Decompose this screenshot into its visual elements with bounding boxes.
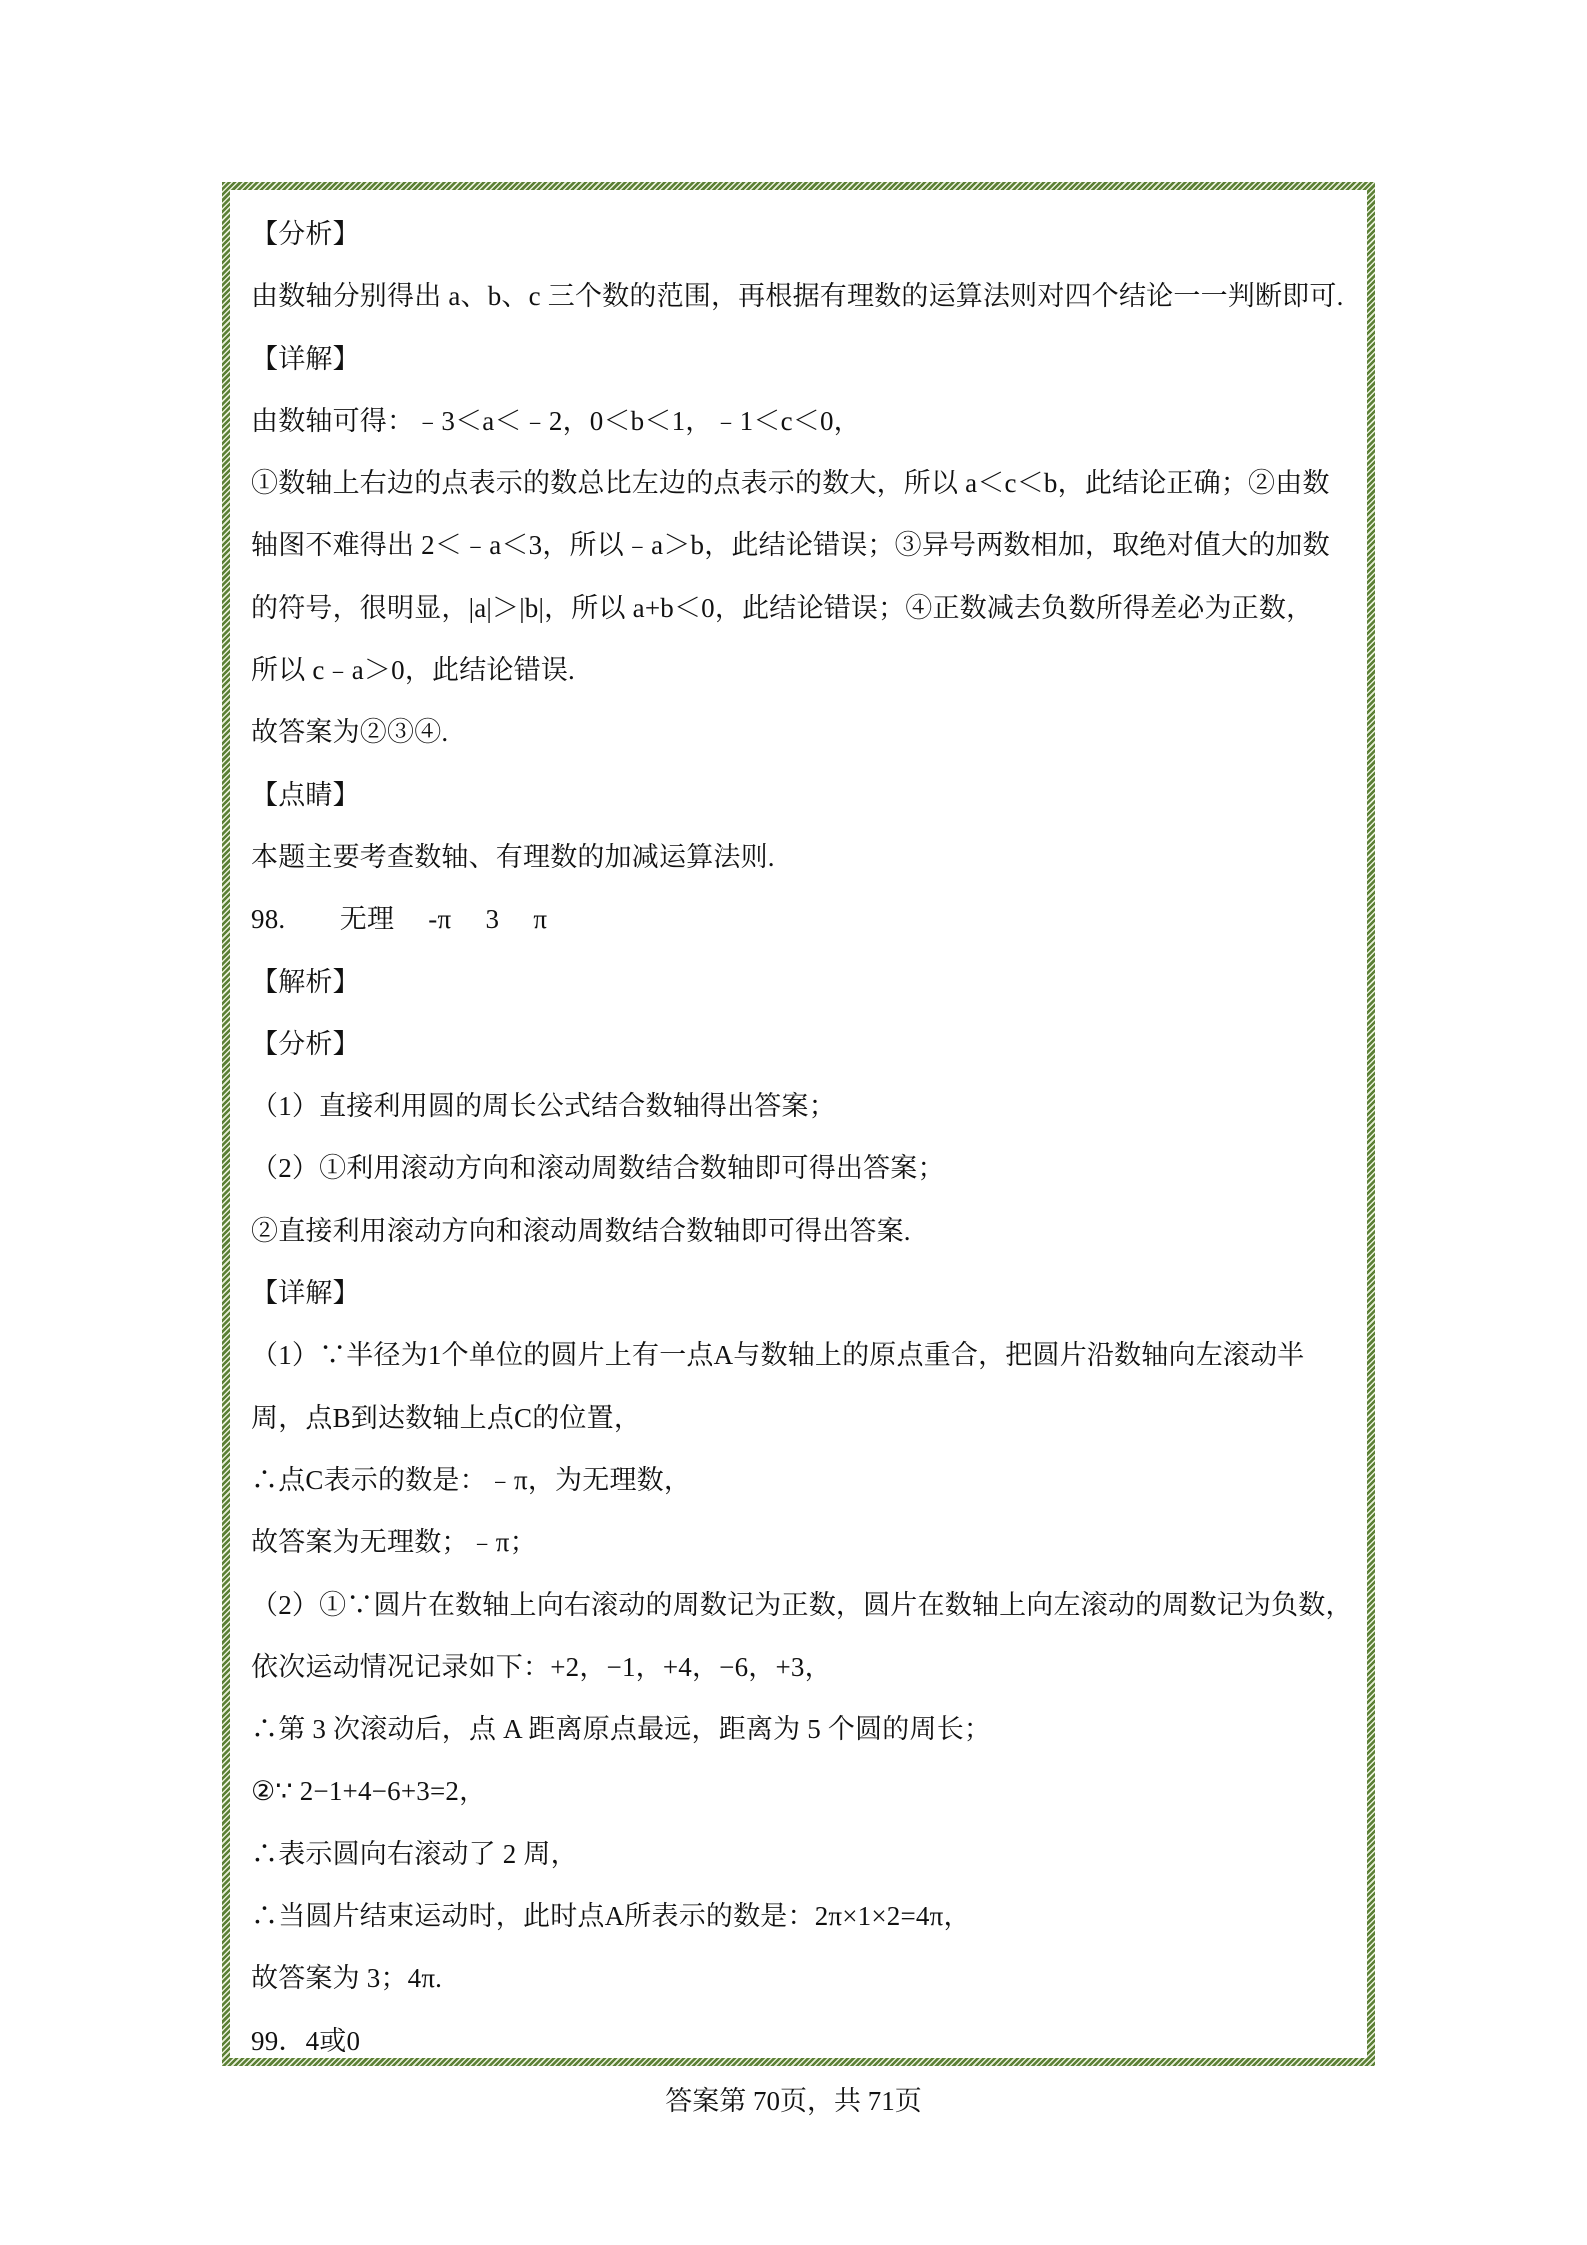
- text-line: 由数轴可得：﹣3＜a＜﹣2，0＜b＜1，﹣1＜c＜0，: [251, 403, 1353, 465]
- question-98-answers: 98. 无理 -π 3 π: [251, 901, 1353, 963]
- answer-box-content: 【分析】 由数轴分别得出 a、b、c 三个数的范围，再根据有理数的运算法则对四个…: [230, 190, 1367, 2058]
- answer-line: 故答案为 3；4π.: [251, 1960, 1353, 2022]
- text-line: 轴图不难得出 2＜﹣a＜3，所以﹣a＞b，此结论错误；③异号两数相加，取绝对值大…: [251, 527, 1353, 589]
- text-line: 所以 c﹣a＞0，此结论错误.: [251, 652, 1353, 714]
- text-line: ②直接利用滚动方向和滚动周数结合数轴即可得出答案.: [251, 1213, 1353, 1275]
- section-heading-analysis: 【分析】: [251, 216, 1353, 278]
- answer-line: 故答案为②③④.: [251, 714, 1353, 776]
- text-line: 由数轴分别得出 a、b、c 三个数的范围，再根据有理数的运算法则对四个结论一一判…: [251, 278, 1353, 340]
- answer-box-frame: 【分析】 由数轴分别得出 a、b、c 三个数的范围，再根据有理数的运算法则对四个…: [222, 182, 1375, 2066]
- text-line: （2）①∵圆片在数轴上向右滚动的周数记为正数，圆片在数轴上向左滚动的周数记为负数…: [251, 1587, 1353, 1649]
- section-heading-comment: 【点睛】: [251, 777, 1353, 839]
- answer-line: 故答案为无理数；﹣π；: [251, 1524, 1353, 1586]
- text-line: ∴第 3 次滚动后，点 A 距离原点最远，距离为 5 个圆的周长；: [251, 1711, 1353, 1773]
- text-line: （1）∵半径为1个单位的圆片上有一点A与数轴上的原点重合，把圆片沿数轴向左滚动半: [251, 1337, 1353, 1399]
- text-line: ②∵ 2−1+4−6+3=2，: [251, 1773, 1353, 1835]
- text-line: （2）①利用滚动方向和滚动周数结合数轴即可得出答案；: [251, 1150, 1353, 1212]
- answer-text: 【分析】 由数轴分别得出 a、b、c 三个数的范围，再根据有理数的运算法则对四个…: [251, 216, 1353, 2085]
- text-line: ∴点C表示的数是：﹣π，为无理数，: [251, 1462, 1353, 1524]
- text-line: 本题主要考查数轴、有理数的加减运算法则.: [251, 839, 1353, 901]
- text-line: 周，点B到达数轴上点C的位置，: [251, 1400, 1353, 1462]
- question-99-answer: 99．4或0: [251, 2023, 1353, 2085]
- section-heading-detail: 【详解】: [251, 1275, 1353, 1337]
- page-footer: 答案第 70页，共 71页: [0, 2083, 1587, 2119]
- text-line: 的符号，很明显，|a|＞|b|，所以 a+b＜0，此结论错误；④正数减去负数所得…: [251, 590, 1353, 652]
- text-line: ∴表示圆向右滚动了 2 周，: [251, 1836, 1353, 1898]
- text-line: ①数轴上右边的点表示的数总比左边的点表示的数大，所以 a＜c＜b，此结论正确；②…: [251, 465, 1353, 527]
- section-heading-solution: 【解析】: [251, 964, 1353, 1026]
- section-heading-detail: 【详解】: [251, 341, 1353, 403]
- section-heading-analysis: 【分析】: [251, 1026, 1353, 1088]
- text-line: 依次运动情况记录如下：+2，−1，+4，−6，+3，: [251, 1649, 1353, 1711]
- text-line: （1）直接利用圆的周长公式结合数轴得出答案；: [251, 1088, 1353, 1150]
- text-line: ∴当圆片结束运动时，此时点A所表示的数是：2π×1×2=4π，: [251, 1898, 1353, 1960]
